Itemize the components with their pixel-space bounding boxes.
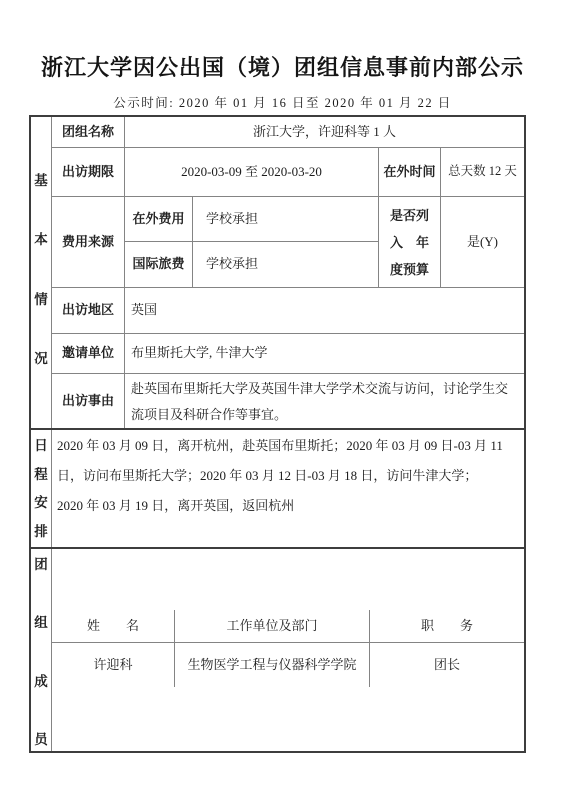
purpose-value: 赴英国布里斯托大学及英国牛津大学学术交流与访问，讨论学生交流项目及科研合作等事宜… [125, 374, 524, 428]
funding-travel-label: 国际旅费 [125, 242, 193, 288]
section-divider-line [31, 547, 524, 549]
section-label-members: 团组成员 [31, 549, 52, 751]
page-title: 浙江大学因公出国（境）团组信息事前内部公示 [0, 51, 565, 82]
visit-period-value: 2020-03-09 至 2020-03-20 [125, 148, 379, 197]
destination-value: 英国 [125, 288, 524, 334]
member-row-org: 生物医学工程与仪器科学学院 [175, 643, 370, 687]
funding-source-label: 费用来源 [52, 197, 125, 288]
member-header-name: 姓 名 [52, 610, 175, 643]
funding-abroad-value: 学校承担 [193, 197, 379, 242]
document-page: 浙江大学因公出国（境）团组信息事前内部公示 公示时间: 2020 年 01 月 … [0, 0, 565, 800]
itinerary-text: 2020 年 03 月 09 日，离开杭州，赴英国布里斯托；2020 年 03 … [52, 430, 524, 547]
inviting-org-value: 布里斯托大学, 牛津大学 [125, 334, 524, 374]
section-label-basic-info: 基本情况 [31, 117, 52, 428]
budget-listed-label: 是否列 入 年 度预算 [379, 197, 441, 288]
member-header-org: 工作单位及部门 [175, 610, 370, 643]
group-name-label: 团组名称 [52, 117, 125, 148]
time-abroad-value: 总天数 12 天 [441, 148, 524, 197]
funding-travel-value: 学校承担 [193, 242, 379, 288]
visit-period-label: 出访期限 [52, 148, 125, 197]
info-table: 基本情况 团组名称 浙江大学，许迎科等 1 人 出访期限 2020-03-09 … [29, 115, 526, 753]
member-row-role: 团长 [370, 643, 524, 687]
purpose-label: 出访事由 [52, 374, 125, 428]
section-label-itinerary: 日程安排 [31, 430, 52, 547]
funding-abroad-label: 在外费用 [125, 197, 193, 242]
inviting-org-label: 邀请单位 [52, 334, 125, 374]
group-name-value: 浙江大学，许迎科等 1 人 [125, 117, 524, 148]
destination-label: 出访地区 [52, 288, 125, 334]
publicity-period: 公示时间: 2020 年 01 月 16 日至 2020 年 01 月 22 日 [0, 93, 565, 111]
budget-listed-value: 是(Y) [441, 197, 524, 288]
member-header-role: 职 务 [370, 610, 524, 643]
member-row-name: 许迎科 [52, 643, 175, 687]
time-abroad-label: 在外时间 [379, 148, 441, 197]
